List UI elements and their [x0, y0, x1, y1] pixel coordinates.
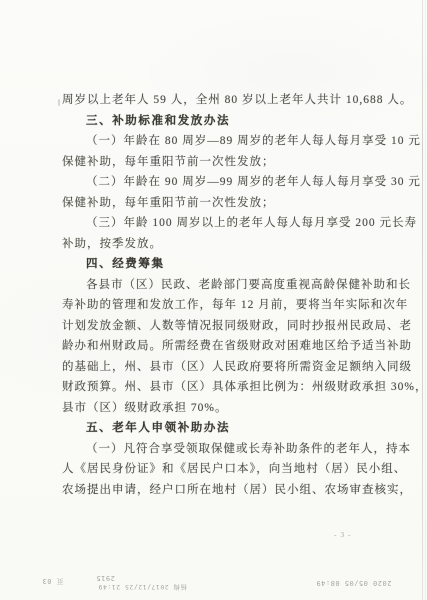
- scanned-document-page: 周岁以上老年人 59 人，全州 80 岁以上老年人共计 10,688 人。 三、…: [0, 0, 427, 600]
- document-line: 周岁以上老年人 59 人，全州 80 岁以上老年人共计 10,688 人。: [62, 90, 390, 111]
- document-line: （一）凡符合享受领取保健或长寿补助条件的老年人，持本: [62, 439, 390, 460]
- document-line: 财政预算。州、县市（区）具体承担比例为：州级财政承担 30%，: [62, 377, 390, 398]
- document-line: 各县市（区）民政、老龄部门要高度重视高龄保健补助和长: [62, 275, 390, 296]
- document-line: 计划发放金额、人数等情况报同级财政，同时抄报州民政局、老: [62, 316, 390, 337]
- document-line: 的基础上，州、县市（区）人民政府要将所需资金足额纳入同级: [62, 357, 390, 378]
- fax-footer-page-label: 页 03: [42, 576, 64, 586]
- section-heading-3: 三、补助标准和发放办法: [62, 111, 390, 132]
- document-line: 补助，按季发放。: [62, 234, 390, 255]
- document-line: 农场提出申请，经户口所在地村（居）民小组、农场审查核实，: [62, 480, 390, 501]
- scan-speckle: [58, 99, 60, 106]
- document-line: （一）年龄在 80 周岁—89 周岁的老年人每人每月享受 10 元: [62, 131, 390, 152]
- document-line: 县市（区）级财政承担 70%。: [62, 398, 390, 419]
- section-heading-5: 五、老年人申领补助办法: [62, 418, 390, 439]
- fax-footer-print-datetime: 2020 05/05 08:49: [316, 579, 391, 587]
- section-heading-4: 四、经费筹集: [62, 254, 390, 275]
- document-line: 寿补助的管理和发放工作，每年 12 月前，要将当年实际和次年: [62, 295, 390, 316]
- page-number: - 3 -: [334, 530, 352, 539]
- document-line: 保健补助，每年重阳节前一次性发放；: [62, 152, 390, 173]
- document-line: 龄办和州财政局。所需经费在省级财政对困难地区给予适当补助: [62, 336, 390, 357]
- scan-edge-line-light: [425, 0, 426, 600]
- fax-footer-sender-datetime: 杨梅 2017/12/25 21:49: [98, 583, 187, 592]
- scan-edge-line: [422, 0, 423, 600]
- document-line: （二）年龄在 90 周岁—99 周岁的老年人每人每月享受 30 元: [62, 172, 390, 193]
- document-body: 周岁以上老年人 59 人，全州 80 岁以上老年人共计 10,688 人。 三、…: [62, 90, 390, 500]
- document-line: （三）年龄 100 周岁以上的老年人每人每月享受 200 元长寿: [62, 213, 390, 234]
- document-line: 人《居民身份证》和《居民户口本》，向当地村（居）民小组、: [62, 459, 390, 480]
- fax-footer-code: 2915: [96, 574, 115, 582]
- document-line: 保健补助，每年重阳节前一次性发放；: [62, 193, 390, 214]
